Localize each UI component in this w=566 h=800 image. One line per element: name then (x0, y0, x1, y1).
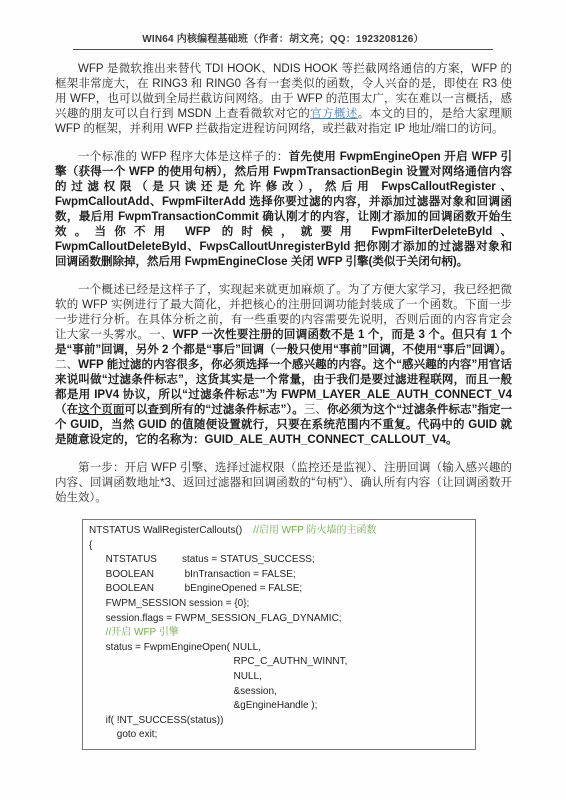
text-run: 第一步：开启 WFP 引擎、选择过滤权限（监控还是监视）、注册回调（输入感兴趣的… (55, 462, 512, 504)
code-text: NULL, (89, 671, 262, 682)
code-line: { (89, 539, 469, 554)
paragraph: 一个概述已经是这样子了，实现起来就更加麻烦了。为了方便大家学习，我已经把微软的 … (55, 283, 512, 448)
text-run: 首先使用 FwpmEngineOpen 开启 WFP 引擎（获得一个 WFP 的… (55, 151, 512, 268)
code-line: BOOLEAN bEngineOpened = FALSE; (89, 582, 469, 597)
code-line: NTSTATUS WallRegisterCallouts() //启用 WFP… (89, 524, 469, 539)
text-run: 三、 (304, 404, 327, 416)
code-comment: //开启 WFP 引擎 (106, 627, 179, 638)
code-text (89, 627, 106, 638)
code-text: FWPM_SESSION session = {0}; (89, 598, 249, 609)
code-line: NTSTATUS status = STATUS_SUCCESS; (89, 553, 469, 568)
text-run: 二、 (55, 359, 78, 371)
header-title: WIN64 内核编程基础班（作者：胡文亮；QQ：1923208126） (0, 30, 566, 45)
code-text: NTSTATUS WallRegisterCallouts() (89, 525, 253, 536)
code-text: NTSTATUS status = STATUS_SUCCESS; (89, 554, 315, 565)
code-line: &session, (89, 685, 469, 700)
code-block: NTSTATUS WallRegisterCallouts() //启用 WFP… (82, 519, 476, 750)
code-text: RPC_C_AUTHN_WINNT, (89, 656, 347, 667)
header-divider (73, 49, 493, 50)
text-run: 可以查到所有的“过滤条件标志”）。 (124, 404, 303, 416)
document-body: WFP 是微软推出来替代 TDI HOOK、NDIS HOOK 等拦截网络通信的… (55, 62, 512, 506)
code-text: status = FwpmEngineOpen( NULL, (89, 642, 261, 653)
paragraph: 一个标准的 WFP 程序大体是这样子的：首先使用 FwpmEngineOpen … (55, 150, 512, 270)
code-text: BOOLEAN bEngineOpened = FALSE; (89, 583, 302, 594)
official-overview-link[interactable]: 官方概述 (310, 108, 358, 120)
code-comment: //启用 WFP 防火墙的主函数 (253, 525, 376, 536)
code-text: &gEngineHandle ); (89, 700, 317, 711)
code-text: { (89, 540, 92, 551)
code-line: goto exit; (89, 728, 469, 743)
filter-flags-page-link[interactable]: 这个页面 (78, 404, 124, 416)
text-run: 一个标准的 WFP 程序大体是这样子的： (78, 151, 289, 163)
code-line: BOOLEAN bInTransaction = FALSE; (89, 568, 469, 583)
code-text: &session, (89, 686, 277, 697)
code-line: session.flags = FWPM_SESSION_FLAG_DYNAMI… (89, 612, 469, 627)
paragraph: WFP 是微软推出来替代 TDI HOOK、NDIS HOOK 等拦截网络通信的… (55, 62, 512, 137)
code-line: //开启 WFP 引擎 (89, 626, 469, 641)
code-line: if( !NT_SUCCESS(status)) (89, 714, 469, 729)
page-header: WIN64 内核编程基础班（作者：胡文亮；QQ：1923208126） (0, 0, 566, 50)
code-line: status = FwpmEngineOpen( NULL, (89, 641, 469, 656)
code-text: if( !NT_SUCCESS(status)) (89, 715, 223, 726)
code-text: BOOLEAN bInTransaction = FALSE; (89, 569, 296, 580)
document-page: WIN64 内核编程基础班（作者：胡文亮；QQ：1923208126） WFP … (0, 0, 566, 800)
code-text: goto exit; (89, 729, 157, 740)
code-text: session.flags = FWPM_SESSION_FLAG_DYNAMI… (89, 613, 342, 624)
code-line: FWPM_SESSION session = {0}; (89, 597, 469, 612)
paragraph: 第一步：开启 WFP 引擎、选择过滤权限（监控还是监视）、注册回调（输入感兴趣的… (55, 461, 512, 506)
code-line: RPC_C_AUTHN_WINNT, (89, 655, 469, 670)
code-line: NULL, (89, 670, 469, 685)
code-line: &gEngineHandle ); (89, 699, 469, 714)
